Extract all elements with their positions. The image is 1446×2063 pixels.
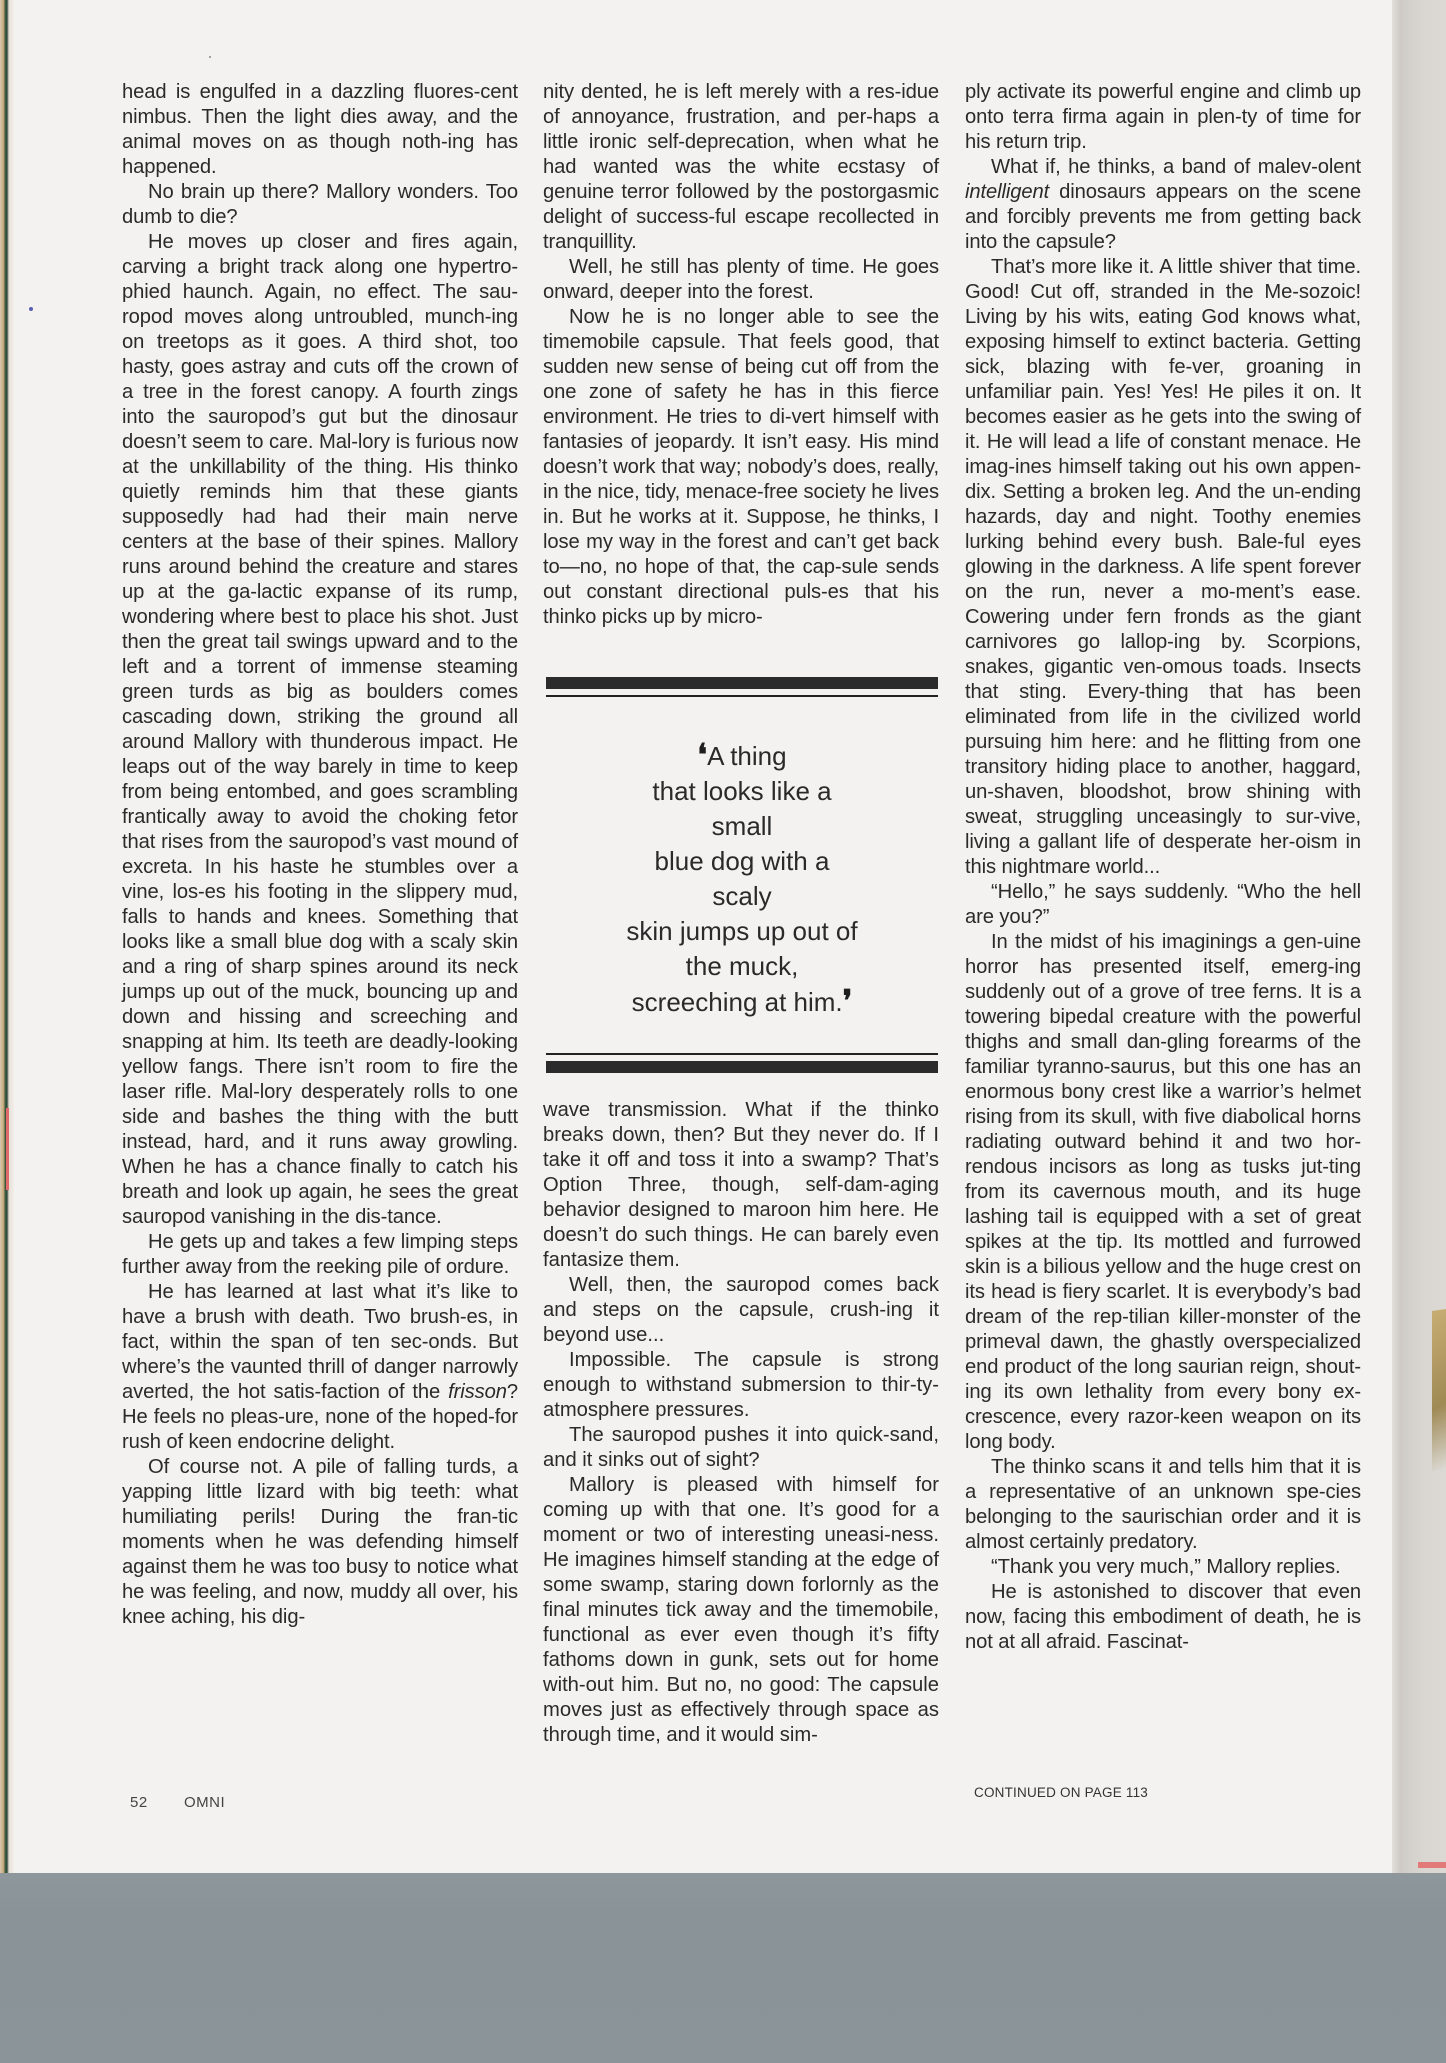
- column-2-top: nity dented, he is left merely with a re…: [543, 80, 939, 630]
- magazine-name: OMNI: [184, 1794, 225, 1811]
- ink-speck: [209, 56, 211, 58]
- scanner-background: [0, 1873, 1446, 2063]
- paragraph: He gets up and takes a few limping steps…: [122, 1230, 518, 1280]
- pullquote-line: ❛A thing: [546, 738, 938, 774]
- pullquote-line: the muck,: [546, 949, 938, 984]
- pullquote-bottom-rule-thick: [546, 1061, 938, 1073]
- paragraph: head is engulfed in a dazzling fluores-c…: [122, 80, 518, 180]
- paragraph: That’s more like it. A little shiver tha…: [965, 255, 1361, 880]
- column-2-bottom: wave transmission. What if the thinko br…: [543, 1098, 939, 1748]
- adjacent-page-image-fragment: [1432, 1309, 1446, 1471]
- right-page-gutter: [1392, 0, 1446, 1875]
- pullquote-line: that looks like a: [546, 774, 938, 809]
- continued-on-page-link: CONTINUED ON PAGE 113: [974, 1785, 1148, 1800]
- close-quote-icon: ❜: [843, 984, 853, 1019]
- pullquote-top-rule-thick: [546, 677, 938, 689]
- paragraph: “Thank you very much,” Mallory replies.: [965, 1555, 1361, 1580]
- ink-speck: [29, 307, 33, 311]
- open-quote-icon: ❛: [697, 738, 707, 773]
- paragraph: ply activate its powerful engine and cli…: [965, 80, 1361, 155]
- paragraph: He has learned at last what it’s like to…: [122, 1280, 518, 1455]
- paragraph: The sauropod pushes it into quick-sand, …: [543, 1423, 939, 1473]
- pullquote-line: small: [546, 809, 938, 844]
- left-page-edge: [0, 0, 14, 1875]
- pull-quote: ❛A thing that looks like a small blue do…: [546, 738, 938, 1020]
- page-number: 52: [130, 1794, 148, 1811]
- column-3: ply activate its powerful engine and cli…: [965, 80, 1361, 1655]
- pullquote-bottom-rule-thin: [546, 1053, 938, 1055]
- paragraph: wave transmission. What if the thinko br…: [543, 1098, 939, 1273]
- pullquote-line: scaly: [546, 879, 938, 914]
- paragraph-text: What if, he thinks, a band of malev-olen…: [991, 156, 1361, 178]
- left-edge-red-mark: [6, 1108, 9, 1190]
- paragraph: Of course not. A pile of falling turds, …: [122, 1455, 518, 1630]
- paragraph: Impossible. The capsule is strong enough…: [543, 1348, 939, 1423]
- paragraph: He is astonished to discover that even n…: [965, 1580, 1361, 1655]
- paragraph: Well, then, the sauropod comes back and …: [543, 1273, 939, 1348]
- paragraph: In the midst of his imaginings a gen-uin…: [965, 930, 1361, 1455]
- pullquote-text: screeching at him.: [632, 987, 843, 1017]
- pullquote-line: screeching at him.❜: [546, 984, 938, 1020]
- paragraph: He moves up closer and fires again, carv…: [122, 230, 518, 1230]
- paragraph: What if, he thinks, a band of malev-olen…: [965, 155, 1361, 255]
- italic-word: frisson: [448, 1381, 507, 1403]
- pullquote-line: skin jumps up out of: [546, 914, 938, 949]
- paragraph: No brain up there? Mallory wonders. Too …: [122, 180, 518, 230]
- italic-word: intelligent: [965, 181, 1049, 203]
- paragraph: Now he is no longer able to see the time…: [543, 305, 939, 630]
- pullquote-top-rule-thin: [546, 695, 938, 697]
- paragraph: The thinko scans it and tells him that i…: [965, 1455, 1361, 1555]
- right-edge-red-mark: [1418, 1862, 1446, 1868]
- paragraph: Well, he still has plenty of time. He go…: [543, 255, 939, 305]
- pullquote-text: A thing: [707, 741, 787, 771]
- column-1: head is engulfed in a dazzling fluores-c…: [122, 80, 518, 1630]
- paragraph: Mallory is pleased with himself for comi…: [543, 1473, 939, 1748]
- paragraph: nity dented, he is left merely with a re…: [543, 80, 939, 255]
- paragraph: “Hello,” he says suddenly. “Who the hell…: [965, 880, 1361, 930]
- pullquote-line: blue dog with a: [546, 844, 938, 879]
